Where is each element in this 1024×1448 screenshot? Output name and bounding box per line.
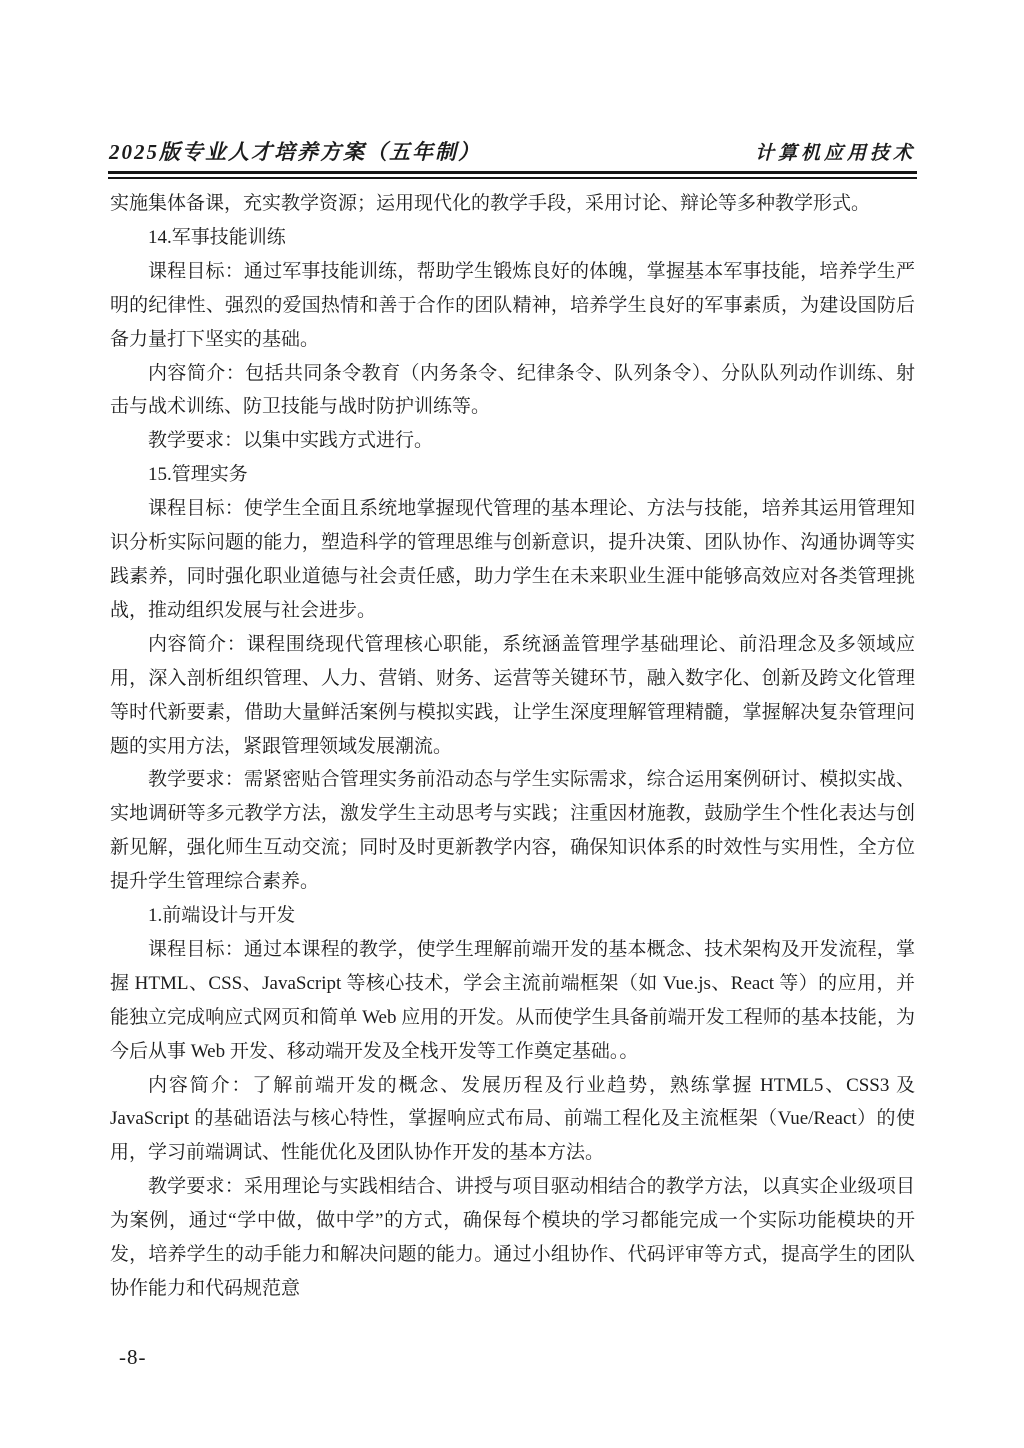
header-double-rule	[108, 171, 917, 179]
document-page: 2025版专业人才培养方案（五年制） 计算机应用技术 实施集体备课，充实教学资源…	[0, 0, 1024, 1448]
paragraph: 内容简介：课程围绕现代管理核心职能，系统涵盖管理学基础理论、前沿理念及多领域应用…	[110, 628, 915, 764]
page-header: 2025版专业人才培养方案（五年制） 计算机应用技术	[109, 136, 916, 166]
paragraph: 课程目标：通过本课程的教学，使学生理解前端开发的基本概念、技术架构及开发流程，掌…	[110, 933, 915, 1069]
paragraph: 教学要求：采用理论与实践相结合、讲授与项目驱动相结合的教学方法，以真实企业级项目…	[110, 1170, 915, 1306]
paragraph: 教学要求：以集中实践方式进行。	[110, 424, 915, 458]
paragraph: 课程目标：通过军事技能训练，帮助学生锻炼良好的体魄，掌握基本军事技能，培养学生严…	[110, 255, 915, 357]
paragraph: 课程目标：使学生全面且系统地掌握现代管理的基本理论、方法与技能，培养其运用管理知…	[110, 492, 915, 628]
paragraph: 实施集体备课，充实教学资源；运用现代化的教学手段，采用讨论、辩论等多种教学形式。	[110, 187, 915, 221]
paragraph: 内容简介：了解前端开发的概念、发展历程及行业趋势，熟练掌握 HTML5、CSS3…	[110, 1069, 915, 1171]
paragraph: 15.管理实务	[110, 458, 915, 492]
paragraph: 14.军事技能训练	[110, 221, 915, 255]
header-right-title: 计算机应用技术	[755, 138, 916, 165]
header-left-title: 2025版专业人才培养方案（五年制）	[109, 136, 481, 166]
page-number: -8-	[119, 1345, 147, 1370]
paragraph: 内容简介：包括共同条令教育（内务条令、纪律条令、队列条令）、分队队列动作训练、射…	[110, 357, 915, 425]
paragraph: 教学要求：需紧密贴合管理实务前沿动态与学生实际需求，综合运用案例研讨、模拟实战、…	[110, 763, 915, 899]
paragraph: 1.前端设计与开发	[110, 899, 915, 933]
document-body: 实施集体备课，充实教学资源；运用现代化的教学手段，采用讨论、辩论等多种教学形式。…	[110, 187, 915, 1306]
